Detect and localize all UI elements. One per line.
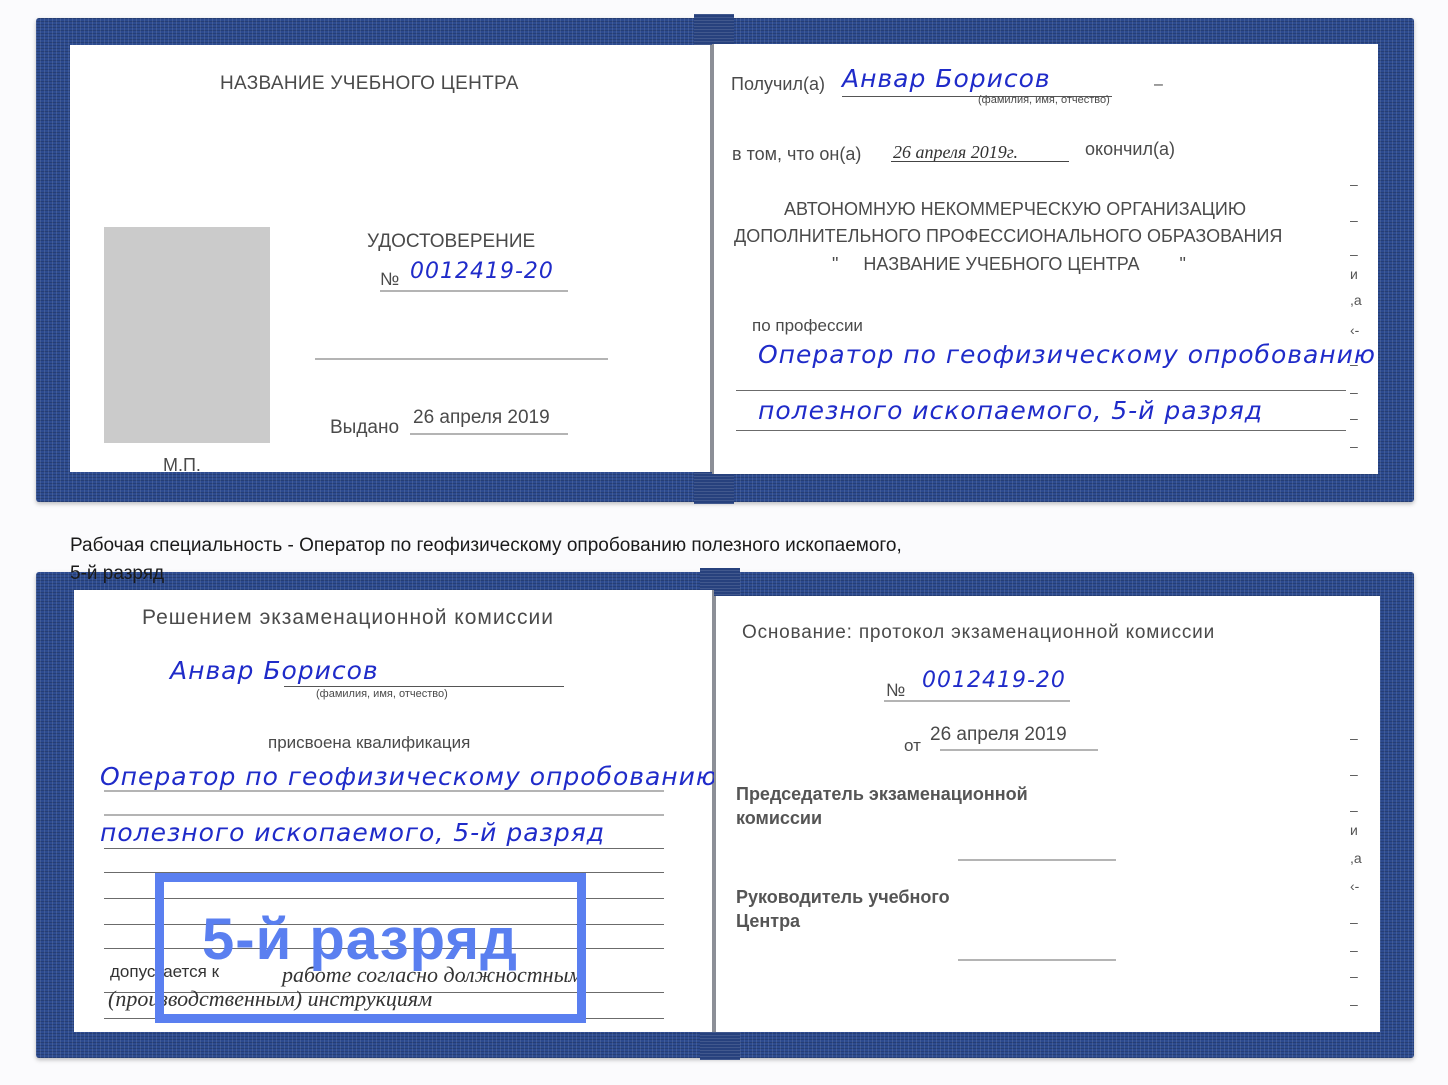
qualification-line-1: Оператор по геофизическому опробованию (100, 762, 718, 791)
fio-hint: (фамилия, имя, отчество) (978, 94, 1110, 106)
head-signature-line (958, 959, 1116, 961)
signature-line (315, 358, 608, 360)
protocol-number-label: № (886, 680, 905, 701)
person-name: Анвар Борисов (170, 656, 379, 685)
profession-line-1: Оператор по геофизическому опробованию (758, 340, 1376, 369)
number-label: № (380, 269, 399, 290)
from-label: от (904, 736, 921, 756)
org-line-1: АВТОНОМНУЮ НЕКОММЕРЧЕСКУЮ ОРГАНИЗАЦИЮ (784, 199, 1246, 220)
protocol-number: 0012419-20 (922, 668, 1066, 693)
person-underline (284, 686, 564, 687)
chairman-signature-line (958, 859, 1116, 861)
qualification-label: присвоена квалификация (268, 733, 470, 753)
completion-date: 26 апреля 2019г. (893, 142, 1018, 163)
from-date: 26 апреля 2019 (930, 724, 1067, 746)
issued-date: 26 апреля 2019 (413, 407, 550, 429)
qualification-rule-2 (104, 814, 664, 816)
org-line-3: " НАЗВАНИЕ УЧЕБНОГО ЦЕНТРА " (832, 254, 1186, 275)
protocol-number-underline (884, 700, 1070, 702)
received-label: Получил(а) (731, 74, 825, 95)
issued-underline (410, 433, 568, 435)
recipient-name: Анвар Борисов (842, 64, 1051, 93)
stamp-place-label: М.П. (163, 455, 201, 476)
basis-label: Основание: протокол экзаменационной коми… (742, 622, 1215, 644)
completed-label: окончил(а) (1085, 139, 1175, 160)
chairman-label-1: Председатель экзаменационной (736, 784, 1028, 805)
specialty-caption-line-2: 5-й разряд (70, 563, 164, 585)
number-underline (380, 290, 568, 292)
profession-rule-1 (736, 390, 1346, 391)
head-label-2: Центра (736, 911, 800, 932)
dash: – (1154, 76, 1163, 94)
grade-stamp-text: 5-й разряд (202, 906, 518, 973)
profession-line-2: полезного ископаемого, 5-й разряд (758, 396, 1263, 425)
specialty-caption-line-1: Рабочая специальность - Оператор по геоф… (70, 535, 902, 557)
decision-label: Решением экзаменационной комиссии (142, 606, 554, 630)
bottom-right-page: Основание: протокол экзаменационной коми… (714, 596, 1380, 1032)
from-date-underline (940, 749, 1098, 751)
that-label: в том, что он(а) (732, 144, 861, 165)
qualification-line-2: полезного ископаемого, 5-й разряд (100, 818, 605, 847)
rule-3 (104, 848, 664, 849)
profession-label: по профессии (752, 316, 863, 336)
chairman-label-2: комиссии (736, 808, 822, 829)
head-label-1: Руководитель учебного (736, 887, 950, 908)
issued-label: Выдано (330, 417, 399, 439)
top-left-page: НАЗВАНИЕ УЧЕБНОГО ЦЕНТРА М.П. УДОСТОВЕРЕ… (70, 45, 712, 472)
profession-rule-2 (736, 430, 1346, 431)
qualification-rule-1 (104, 790, 664, 792)
top-right-page: Получил(а) Анвар Борисов (фамилия, имя, … (712, 44, 1378, 474)
doc-title: УДОСТОВЕРЕНИЕ (367, 231, 535, 253)
photo-placeholder (104, 227, 270, 443)
completion-underline (891, 161, 1069, 162)
org-line-2: ДОПОЛНИТЕЛЬНОГО ПРОФЕССИОНАЛЬНОГО ОБРАЗО… (734, 226, 1282, 247)
certificate-number: 0012419-20 (410, 259, 554, 284)
center-name: НАЗВАНИЕ УЧЕБНОГО ЦЕНТРА (220, 73, 519, 95)
fio-hint-bottom: (фамилия, имя, отчество) (316, 688, 448, 700)
